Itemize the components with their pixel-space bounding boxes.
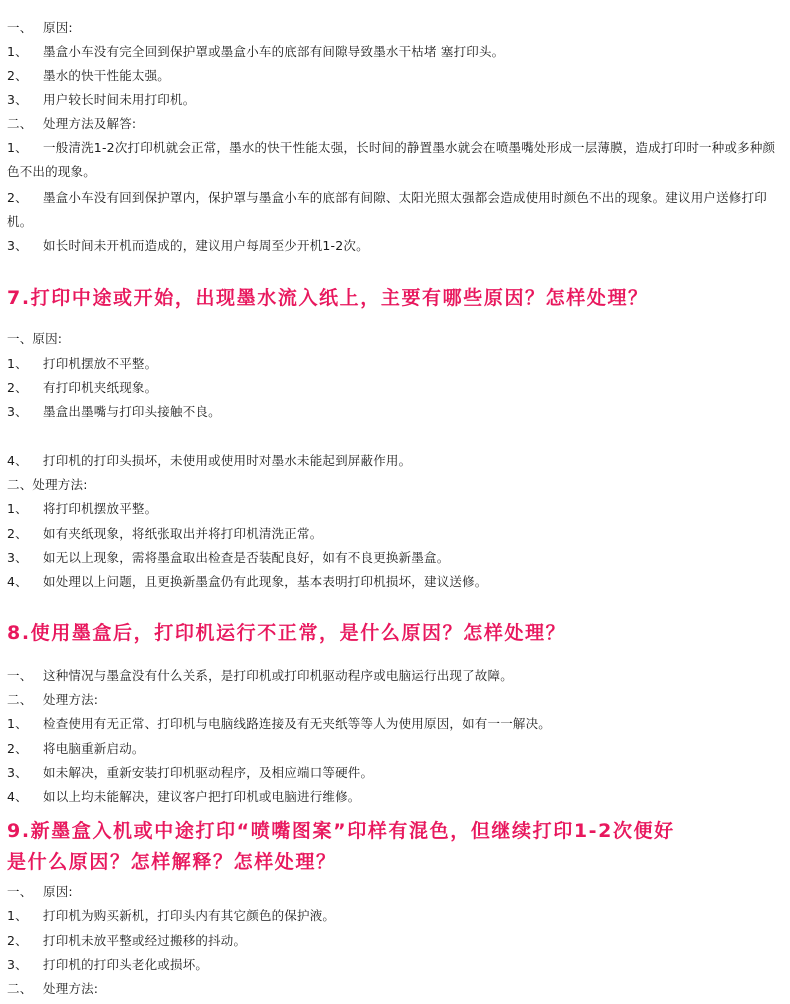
section8-method-item: 1、检查使用有无正常、打印机与电脑线路连接及有无夹纸等等人为使用原因，如有一一解… [7, 716, 551, 732]
section8-method-item: 3、如未解决，重新安装打印机驱动程序，及相应端口等硬件。 [7, 765, 373, 781]
section7-method-title: 二、处理方法: [7, 477, 88, 493]
section6-method-item: 3、如长时间未开机而造成的，建议用户每周至少开机1-2次。 [7, 238, 369, 254]
section8-method-title: 二、处理方法: [7, 692, 98, 708]
section7-cause-item: 3、墨盒出墨嘴与打印头接触不良。 [7, 404, 221, 420]
section8-method-item: 4、如以上均未能解决，建议客户把打印机或电脑进行维修。 [7, 789, 361, 805]
section7-method-item: 4、如处理以上问题，且更换新墨盒仍有此现象，基本表明打印机损坏，建议送修。 [7, 574, 488, 590]
section8-method-item: 2、将电脑重新启动。 [7, 741, 145, 757]
section6-cause-title: 一、原因: [7, 20, 73, 36]
section6-cause-item: 3、用户较长时间未用打印机。 [7, 92, 195, 108]
section6-cause-item: 1、墨盒小车没有完全回到保护罩或墨盒小车的底部有间隙导致墨水干枯堵 塞打印头。 [7, 44, 504, 60]
section9-heading-line2: 是什么原因？怎样解释？怎样处理？ [7, 849, 337, 875]
section9-method-title: 二、处理方法: [7, 981, 98, 997]
section9-cause-item: 1、打印机为购买新机，打印头内有其它颜色的保护液。 [7, 908, 335, 924]
section7-method-item: 1、将打印机摆放平整。 [7, 501, 157, 517]
section6-method-item: 1、一般清洗1-2次打印机就会正常，墨水的快干性能太强，长时间的静置墨水就会在喷… [7, 136, 785, 184]
section7-method-item: 2、如有夹纸现象，将纸张取出并将打印机清洗正常。 [7, 526, 322, 542]
section9-heading-line1: 9.新墨盒入机或中途打印“喷嘴图案”印样有混色，但继续打印1-2次便好 [7, 818, 675, 844]
section9-cause-title: 一、原因: [7, 884, 73, 900]
section9-cause-item: 3、打印机的打印头老化或损坏。 [7, 957, 208, 973]
section7-cause-item: 2、有打印机夹纸现象。 [7, 380, 157, 396]
section7-heading: 7.打印中途或开始，出现墨水流入纸上，主要有哪些原因？怎样处理？ [7, 285, 649, 311]
section8-heading: 8.使用墨盒后，打印机运行不正常，是什么原因？怎样处理？ [7, 620, 566, 646]
section7-method-item: 3、如无以上现象，需将墨盒取出检查是否装配良好，如有不良更换新墨盒。 [7, 550, 449, 566]
section7-cause-item: 1、打印机摆放不平整。 [7, 356, 157, 372]
section6-cause-item: 2、墨水的快干性能太强。 [7, 68, 170, 84]
section8-cause: 一、这种情况与墨盒没有什么关系，是打印机或打印机驱动程序或电脑运行出现了故障。 [7, 668, 513, 684]
section9-cause-item: 2、打印机未放平整或经过搬移的抖动。 [7, 933, 246, 949]
section7-cause-title: 一、原因: [7, 331, 62, 347]
section7-cause-item: 4、打印机的打印头损坏，未使用或使用时对墨水未能起到屏蔽作用。 [7, 453, 411, 469]
section6-method-title: 二、处理方法及解答: [7, 116, 136, 132]
section6-method-item: 2、墨盒小车没有回到保护罩内，保护罩与墨盒小车的底部有间隙、太阳光照太强都会造成… [7, 186, 785, 234]
